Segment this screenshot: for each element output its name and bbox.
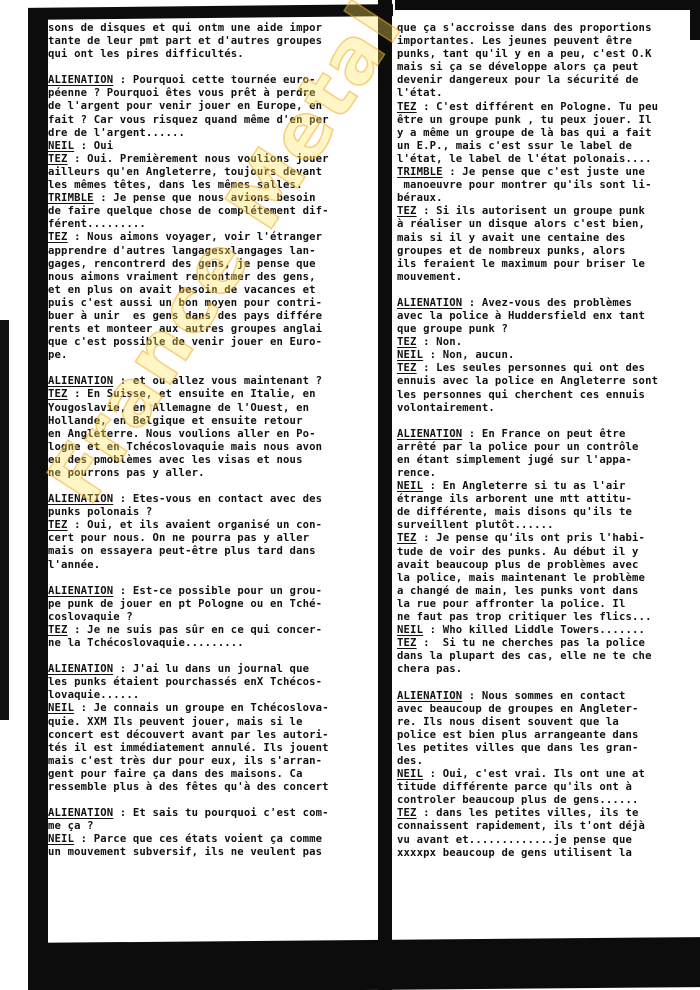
text-line: buer à unir es gens dans des pays différ… (48, 310, 322, 322)
border-bottom (28, 937, 700, 990)
text-line: cert pour nous. On ne pourra pas y aller (48, 532, 309, 544)
text-line: : Je connais un groupe en Tchécoslova- (74, 702, 329, 714)
text-line: : Avez-vous des problèmes (462, 297, 632, 309)
text-line: avec la police à Huddersfield enx tant (397, 310, 645, 322)
text-line: : Je ne suis pas sûr en ce qui concer- (68, 624, 323, 636)
text-line: dans la plupart des cas, elle ne te che (397, 650, 652, 662)
text-line: surveillent plutôt...... (397, 519, 554, 531)
text-line: les petites villes que dans les gran- (397, 742, 639, 754)
speaker-label: NEIL (397, 768, 423, 780)
text-line: la police, mais maintenant le problème (397, 572, 645, 584)
text-line: pe punk de jouer en pt Pologne ou en Tch… (48, 598, 322, 610)
interview-block: ALIENATION : Etes-vous en contact avec d… (48, 493, 378, 572)
text-line: ne faut pas trop critiquer les flics... (397, 611, 652, 623)
interview-block: ALIENATION : Est-ce possible pour un gro… (48, 585, 378, 650)
text-line: volontairement. (397, 402, 495, 414)
text-line: Yougoslavie, en Allemagne de l'Ouest, en (48, 402, 309, 414)
text-line: que groupe punk ? (397, 323, 508, 335)
text-line: férent......... (48, 218, 146, 230)
text-line: pe. (48, 349, 68, 361)
speaker-label: TEZ (48, 153, 68, 165)
interview-block: sons de disques et qui ontm une aide imp… (48, 22, 378, 61)
speaker-label: TEZ (397, 807, 417, 819)
text-line: les punks étaient pourchassés enX Tchéco… (48, 676, 322, 688)
text-line: tante de leur pmt part et d'autres group… (48, 35, 322, 47)
text-line: gages, rencontrerd des gens, je pense qu… (48, 258, 316, 270)
text-line: coslovaquie ? (48, 611, 133, 623)
speaker-label: ALIENATION (48, 493, 113, 505)
speaker-label: ALIENATION (397, 690, 462, 702)
speaker-label: TEZ (397, 205, 417, 217)
speaker-label: ALIENATION (397, 428, 462, 440)
text-line: punks, tant qu'il y en a peu, c'est O.K (397, 48, 652, 60)
right-column: que ça s'accroisse dans des proportionsi… (397, 22, 697, 873)
text-line: rence. (397, 467, 436, 479)
speaker-label: ALIENATION (48, 807, 113, 819)
text-line: être un groupe punk , tu peux jouer. Il (397, 114, 652, 126)
text-line: apprendre d'autres langagesxlangages lan… (48, 245, 316, 257)
text-line: titude différente parce qu'ils ont à (397, 781, 632, 793)
left-column: sons de disques et qui ontm une aide imp… (48, 22, 378, 872)
text-line: ils feraient le maximum pour briser le (397, 258, 645, 270)
text-line: : Je pense qu'ils ont pris l'habi- (417, 532, 645, 544)
text-line: : Est-ce possible pour un grou- (113, 585, 322, 597)
text-line: : et ou allez vous maintenant ? (113, 375, 322, 387)
speaker-label: TEZ (397, 637, 417, 649)
speaker-label: TRIMBLE (48, 192, 94, 204)
text-line: lovaquie...... (48, 689, 139, 701)
text-line: : Oui, et ils avaient organisé un con- (68, 519, 323, 531)
speaker-label: TEZ (48, 519, 68, 531)
interview-block: ALIENATION : Nous sommes en contactavec … (397, 690, 697, 860)
text-line: : En Suisse, et ensuite en Italie, en (68, 388, 316, 400)
speaker-label: NEIL (48, 140, 74, 152)
text-line: : C'est différent en Pologne. Tu peu (417, 101, 659, 113)
text-line: avait beaucoup plus de problèmes avec (397, 559, 639, 571)
speaker-label: TRIMBLE (397, 166, 443, 178)
border-top-right (395, 0, 700, 10)
text-line: eu des pmoblèmes avec les visas et nous (48, 454, 303, 466)
text-line: : En Angleterre si tu as l'air (423, 480, 625, 492)
text-line: étrange ils arborent une mtt attitu- (397, 493, 632, 505)
speaker-label: NEIL (48, 833, 74, 845)
interview-block: que ça s'accroisse dans des proportionsi… (397, 22, 697, 284)
text-line: : Si tu ne cherches pas la police (417, 637, 645, 649)
text-line: : Et sais tu pourquoi c'est com- (113, 807, 328, 819)
text-line: quie. XXM Ils peuvent jouer, mais si le (48, 716, 303, 728)
text-line: l'année. (48, 559, 100, 571)
interview-block: ALIENATION : J'ai lu dans un journal que… (48, 663, 378, 794)
interview-block: ALIENATION : En France on peut êtrearrêt… (397, 428, 697, 677)
text-line: me ça ? (48, 820, 94, 832)
text-line: importantes. Les jeunes peuvent être (397, 35, 632, 47)
speaker-label: TEZ (397, 336, 417, 348)
text-line: à réaliser un disque alors c'est bien, (397, 218, 645, 230)
text-line: : Non. (417, 336, 463, 348)
text-line: de faire quelque chose de complétement d… (48, 205, 329, 217)
text-line: mouvement. (397, 271, 462, 283)
text-line: gent pour faire ça dans des maisons. Ca (48, 768, 303, 780)
text-line: logne et en Tchécoslovaquie mais nous av… (48, 441, 322, 453)
text-line: groupes et de nombreux punks, alors (397, 245, 625, 257)
border-top-left (28, 4, 393, 20)
text-line: connaissent rapidement, ils t'ont déjà (397, 820, 645, 832)
text-line: manoeuvre pour montrer qu'ils sont li- (397, 179, 652, 191)
text-line: : Je pense que c'est juste une (443, 166, 645, 178)
text-line: et en plus on avait besoin de vacances e… (48, 284, 316, 296)
text-line: ne pourrons pas y aller. (48, 467, 205, 479)
speaker-label: TEZ (397, 362, 417, 374)
speaker-label: TEZ (48, 388, 68, 400)
border-left-outer (0, 320, 9, 720)
text-line: qui ont les pires difficultés. (48, 48, 244, 60)
text-line: ne la Tchécoslovaquie......... (48, 637, 244, 649)
text-line: : Oui (74, 140, 113, 152)
interview-block: ALIENATION : Avez-vous des problèmesavec… (397, 297, 697, 415)
text-line: en Angleterre. Nous voulions aller en Po… (48, 428, 316, 440)
speaker-label: ALIENATION (48, 74, 113, 86)
speaker-label: TEZ (397, 532, 417, 544)
text-line: de différente, mais disons qu'ils te (397, 506, 632, 518)
text-line: police est bien plus arrangeante dans (397, 729, 639, 741)
text-line: a changé de main, les punks vont dans (397, 585, 639, 597)
text-line: : Je pense que nous avions besoin (94, 192, 316, 204)
text-line: : Parce que ces états voient ça comme (74, 833, 322, 845)
text-line: : En France on peut être (462, 428, 625, 440)
text-line: de l'argent pour venir jouer en Europe, … (48, 100, 322, 112)
text-line: ressemble plus à des fêtes qu'à des conc… (48, 781, 329, 793)
text-line: controler beaucoup plus de gens...... (397, 794, 639, 806)
text-line: que ça s'accroisse dans des proportions (397, 22, 652, 34)
text-line: : Etes-vous en contact avec des (113, 493, 322, 505)
text-line: punks polonais ? (48, 506, 152, 518)
text-line: concert est découvert avant par les auto… (48, 729, 329, 741)
text-line: béraux. (397, 192, 443, 204)
text-line: mais on essayera peut-être plus tard dan… (48, 545, 316, 557)
text-line: ennuis avec la police en Angleterre sont (397, 375, 658, 387)
text-line: arrêté par la police pour un contrôle (397, 441, 639, 453)
text-line: tés il est immédiatement annulé. Ils jou… (48, 742, 329, 754)
text-line: sons de disques et qui ontm une aide imp… (48, 22, 322, 34)
speaker-label: TEZ (48, 231, 68, 243)
text-line: en étant simplement jugé sur l'appa- (397, 454, 632, 466)
text-line: : Non, aucun. (423, 349, 514, 361)
text-line: mais si ça se développe alors ça peut (397, 61, 639, 73)
text-line: ailleurs qu'en Angleterre, toujours deva… (48, 166, 322, 178)
text-line: : Oui. Premièrement nous voulions jouer (68, 153, 329, 165)
text-line: un mouvement subversif, ils ne veulent p… (48, 846, 322, 858)
text-line: des. (397, 755, 423, 767)
text-line: les mêmes têtes, dans les mêmes salles. (48, 179, 303, 191)
text-line: : Nous sommes en contact (462, 690, 625, 702)
text-line: rents et monteer aux autres groupes angl… (48, 323, 322, 335)
text-line: devenir dangereux pour la sécurité de (397, 74, 639, 86)
speaker-label: NEIL (397, 480, 423, 492)
text-line: re. Ils nous disent souvent que la (397, 716, 619, 728)
speaker-label: TEZ (397, 101, 417, 113)
interview-block: ALIENATION : Pourquoi cette tournée euro… (48, 74, 378, 362)
text-line: xxxxpx beaucoup de gens utilisent la (397, 847, 632, 859)
speaker-label: NEIL (48, 702, 74, 714)
text-line: : Oui, c'est vrai. Ils ont une at (423, 768, 645, 780)
border-left (28, 14, 48, 990)
scanned-page: sons de disques et qui ontm une aide imp… (0, 0, 700, 990)
text-line: y a même un groupe de là bas qui a fait (397, 127, 652, 139)
text-line: : Pourquoi cette tournée euro- (113, 74, 315, 86)
text-line: dre de l'argent...... (48, 127, 185, 139)
interview-block: ALIENATION : Et sais tu pourquoi c'est c… (48, 807, 378, 859)
column-divider (378, 0, 392, 990)
text-line: nous aimons vraiment rencontmer des gens… (48, 271, 316, 283)
speaker-label: TEZ (48, 624, 68, 636)
text-line: : Si ils autorisent un groupe punk (417, 205, 645, 217)
text-line: fait ? Car vous risquez quand même d'en … (48, 114, 329, 126)
text-line: vu avant et.............je pense que (397, 834, 632, 846)
text-line: mais si il y avait une centaine des (397, 232, 625, 244)
text-line: que c'est possible de venir jouer en Eur… (48, 336, 322, 348)
text-line: : J'ai lu dans un journal que (113, 663, 309, 675)
text-line: puis c'est aussi un bon moyen pour contr… (48, 297, 322, 309)
text-line: les personnes qui cherchent ces ennuis (397, 389, 645, 401)
text-line: la rue pour affronter la police. Il (397, 598, 625, 610)
text-line: : Who killed Liddle Towers....... (423, 624, 645, 636)
interview-block: ALIENATION : et ou allez vous maintenant… (48, 375, 378, 480)
text-line: chera pas. (397, 663, 462, 675)
text-line: : dans les petites villes, ils te (417, 807, 639, 819)
text-line: un E.P., mais c'est ssur le label de (397, 140, 632, 152)
text-line: : Nous aimons voyager, voir l'étranger (68, 231, 323, 243)
speaker-label: ALIENATION (48, 375, 113, 387)
speaker-label: NEIL (397, 349, 423, 361)
text-line: : Les seules personnes qui ont des (417, 362, 645, 374)
speaker-label: ALIENATION (397, 297, 462, 309)
text-line: péenne ? Pourquoi êtes vous prêt à perdr… (48, 87, 316, 99)
speaker-label: ALIENATION (48, 585, 113, 597)
text-line: avec beaucoup de groupes en Angleter- (397, 703, 639, 715)
speaker-label: ALIENATION (48, 663, 113, 675)
text-line: Hollande, en Belgique et ensuite retour (48, 415, 303, 427)
text-line: tude de voir des punks. Au début il y (397, 546, 639, 558)
text-line: mais c'est très dur pour eux, ils s'arra… (48, 755, 322, 767)
text-line: l'état. (397, 87, 443, 99)
speaker-label: NEIL (397, 624, 423, 636)
text-line: l'état, le label de l'état polonais.... (397, 153, 652, 165)
